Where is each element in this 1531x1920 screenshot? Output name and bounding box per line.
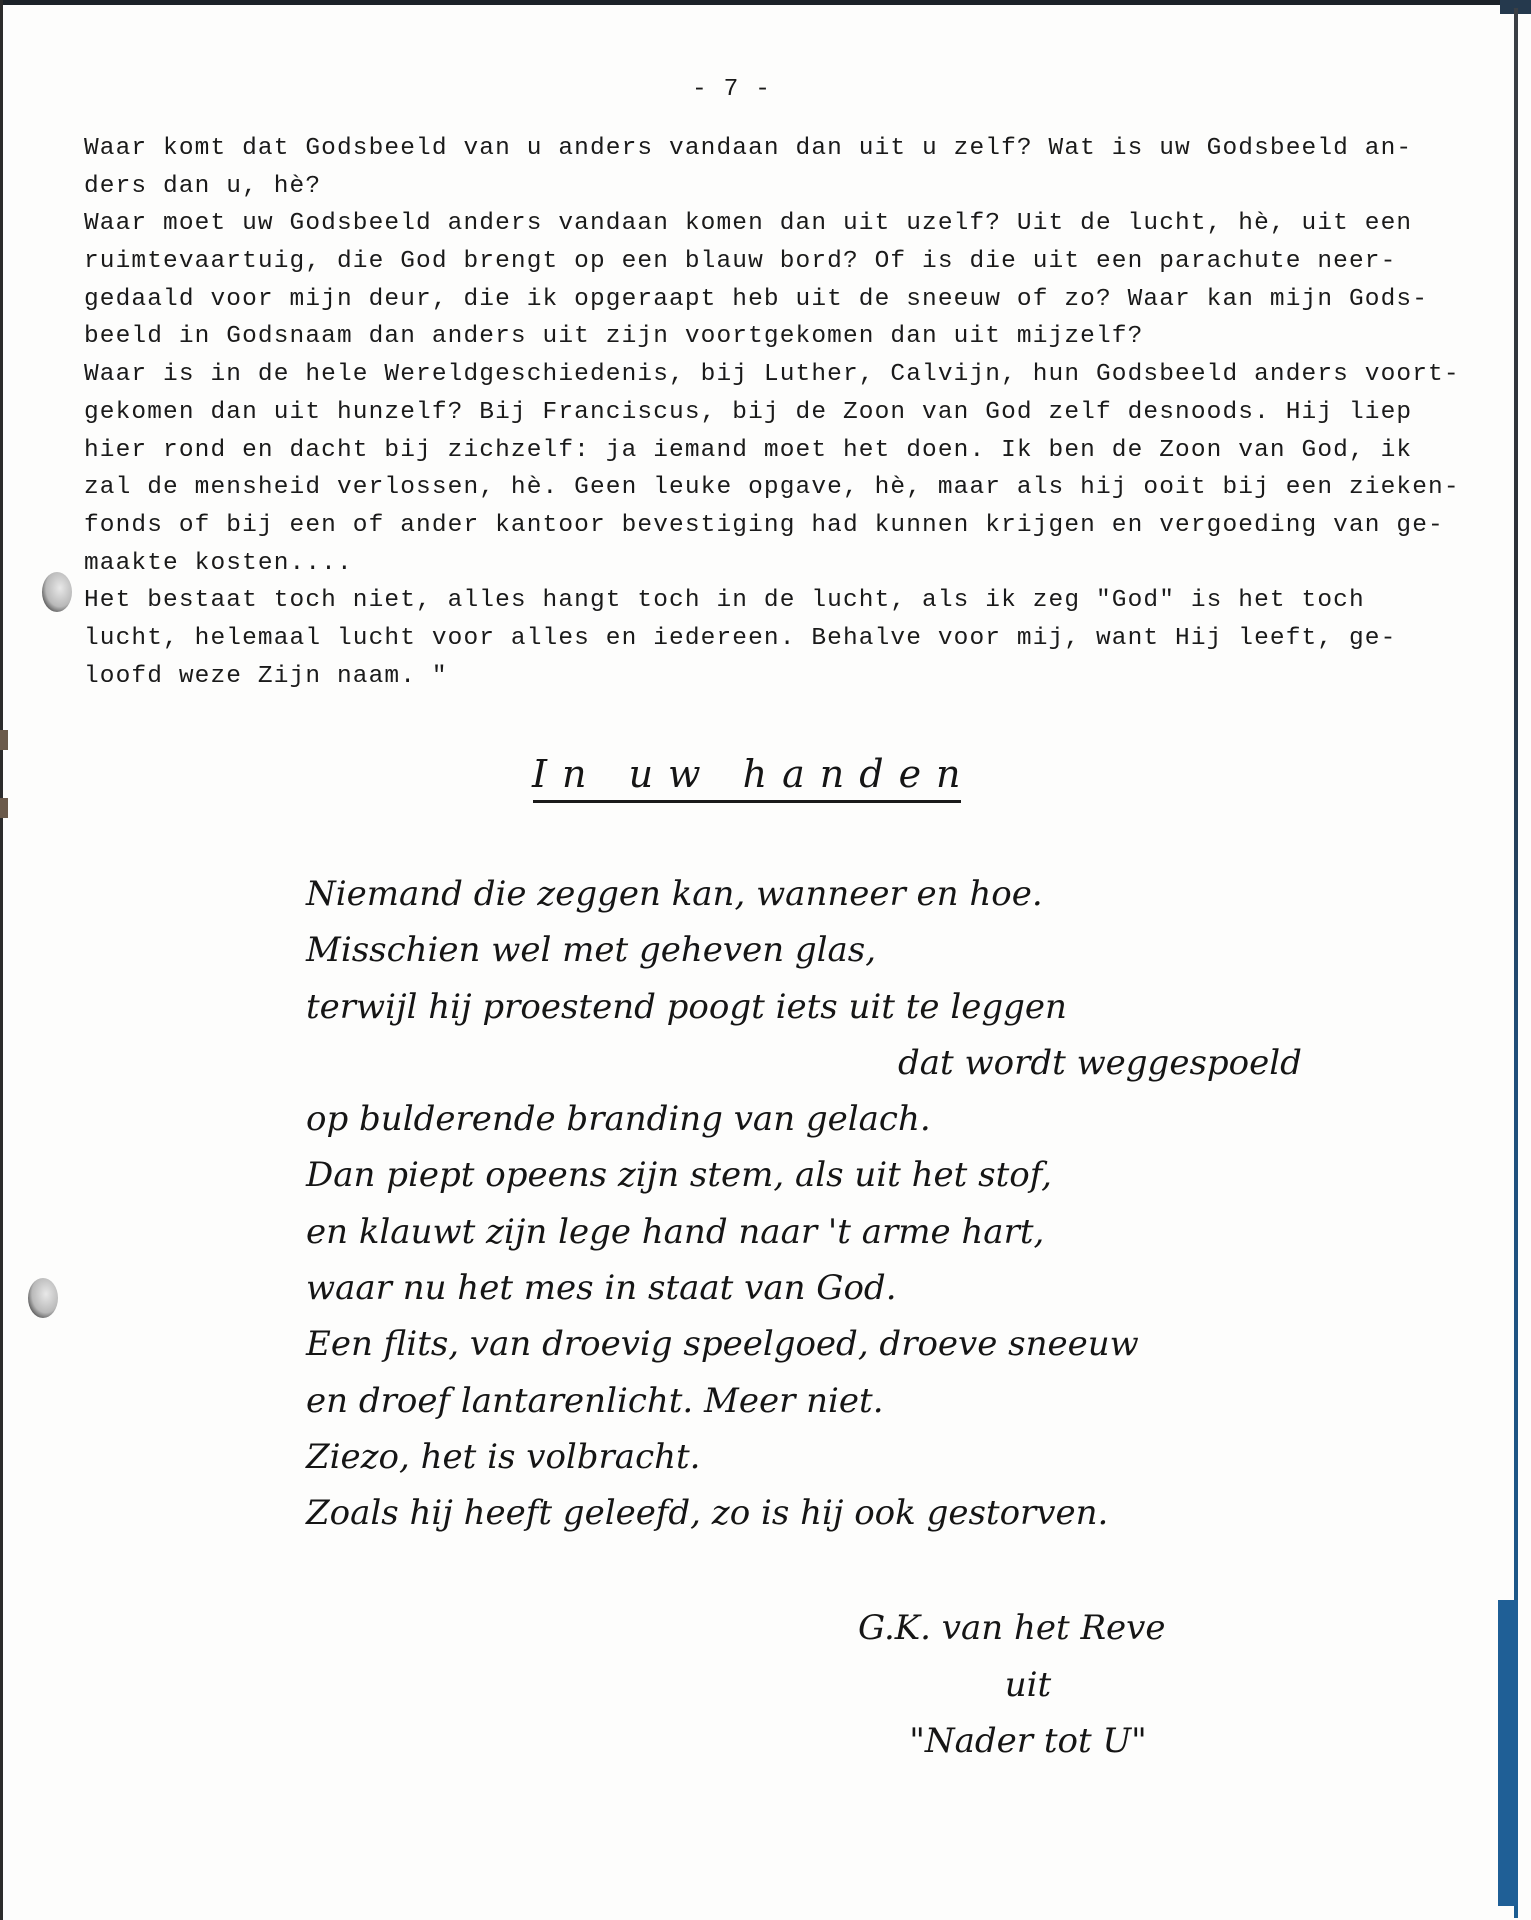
prose-line: loofd weze Zijn naam. " [84,658,1460,696]
poem-title: In uw handen [532,752,976,796]
poem-line: terwijl hij proestend poogt iets uit te … [306,979,1302,1035]
binder-blue-strip [1498,1600,1518,1906]
title-underline [533,800,961,803]
prose-line: Waar komt dat Godsbeeld van u anders van… [84,130,1460,168]
attribution-preposition: uit [858,1657,1198,1714]
attribution: G.K. van het Reve uit "Nader tot U" [858,1600,1198,1770]
prose-line: gedaald voor mijn deur, die ik opgeraapt… [84,281,1460,319]
poem-line: waar nu het mes in staat van God. [306,1260,1302,1316]
paper-tear [0,798,8,818]
scan-left-edge [0,0,3,1920]
punch-hole-icon [28,1278,58,1318]
prose-line: Waar moet uw Godsbeeld anders vandaan ko… [84,205,1460,243]
poem-line: en droef lantarenlicht. Meer niet. [306,1373,1302,1429]
page-number: - 7 - [692,76,771,103]
paper-tear [0,730,8,750]
poem-line: op bulderende branding van gelach. [306,1091,1302,1147]
prose-line: fonds of bij een of ander kantoor bevest… [84,507,1460,545]
poem-line: Misschien wel met geheven glas, [306,922,1302,978]
prose-line: zal de mensheid verlossen, hè. Geen leuk… [84,469,1460,507]
prose-line: gekomen dan uit hunzelf? Bij Franciscus,… [84,394,1460,432]
poem-line: Dan piept opeens zijn stem, als uit het … [306,1147,1302,1203]
poem-line: Niemand die zeggen kan, wanneer en hoe. [306,866,1302,922]
prose-line: ders dan u, hè? [84,168,1460,206]
author-name: G.K. van het Reve [858,1600,1198,1657]
prose-line: Waar is in de hele Wereldgeschiedenis, b… [84,356,1460,394]
poem-line: en klauwt zijn lege hand naar 't arme ha… [306,1204,1302,1260]
document-page: - 7 - Waar komt dat Godsbeeld van u ande… [0,0,1531,1920]
prose-line: beeld in Godsnaam dan anders uit zijn vo… [84,318,1460,356]
poem-line-indented: dat wordt weggespoeld [306,1035,1302,1091]
poem-body: Niemand die zeggen kan, wanneer en hoe. … [306,866,1302,1542]
prose-block: Waar komt dat Godsbeeld van u anders van… [84,130,1460,695]
poem-line: Zoals hij heeft geleefd, zo is hij ook g… [306,1485,1302,1541]
prose-line: maakte kosten.... [84,545,1460,583]
poem-line: Een flits, van droevig speelgoed, droeve… [306,1316,1302,1372]
punch-hole-icon [42,572,72,612]
prose-line: ruimtevaartuig, die God brengt op een bl… [84,243,1460,281]
poem-line: Ziezo, het is volbracht. [306,1429,1302,1485]
source-title: "Nader tot U" [858,1713,1198,1770]
prose-line: hier rond en dacht bij zichzelf: ja iema… [84,432,1460,470]
prose-line: lucht, helemaal lucht voor alles en iede… [84,620,1460,658]
prose-line: Het bestaat toch niet, alles hangt toch … [84,582,1460,620]
scan-top-edge [0,0,1510,5]
